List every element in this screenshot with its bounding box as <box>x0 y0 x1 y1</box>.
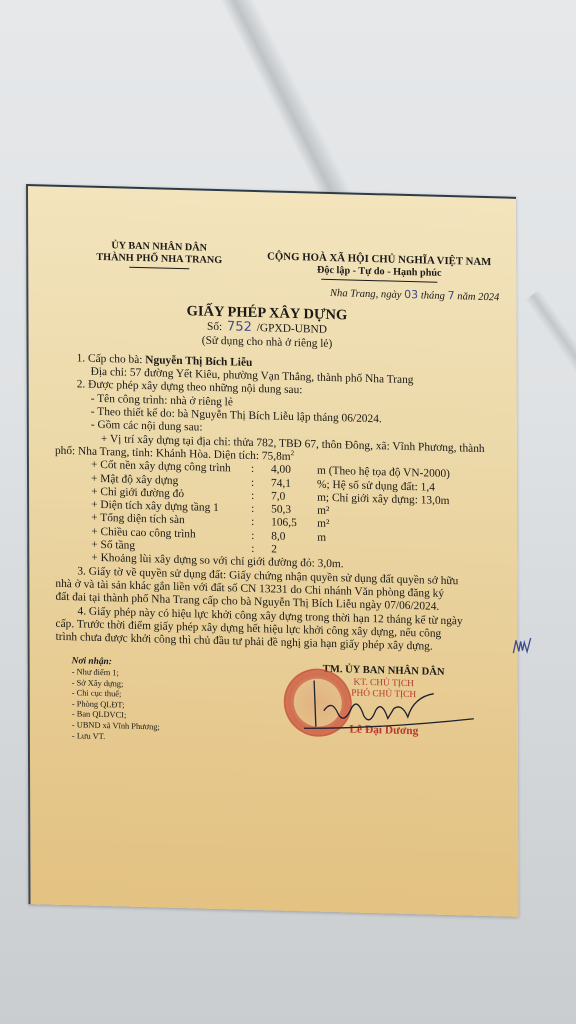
spec-value: 7,0 <box>271 490 317 505</box>
spec-value: 4,00 <box>271 464 317 479</box>
month-prefix: tháng <box>421 290 445 302</box>
place-date: Nha Trang, ngày 03 tháng 7 năm 2024 <box>84 280 509 305</box>
handwritten-initials-icon <box>511 635 533 658</box>
spec-colon: : <box>251 476 271 490</box>
spec-value: 8,0 <box>271 530 317 545</box>
spec-unit: m <box>317 531 326 545</box>
number-suffix: /GPXD-UBND <box>257 322 327 336</box>
spec-value: 106,5 <box>271 517 317 532</box>
owner-name: Nguyễn Thị Bích Liễu <box>145 354 252 369</box>
spec-unit: m² <box>317 518 329 532</box>
section-1-label: 1. Cấp cho bà: <box>77 352 143 366</box>
year-text: năm 2024 <box>457 291 499 303</box>
recipients-list: Nơi nhận: - Như điểm 1; - Sở Xây dựng; -… <box>72 657 272 747</box>
document-header: ỦY BAN NHÂN DÂN THÀNH PHỐ NHA TRANG CỘNG… <box>84 240 509 285</box>
signature-block: TM. ỦY BAN NHÂN DÂN KT. CHỦ TỊCH PHÓ CHỦ… <box>284 662 484 752</box>
document-footer: Nơi nhận: - Như điểm 1; - Sở Xây dựng; -… <box>72 657 511 753</box>
spec-colon: : <box>251 530 271 544</box>
surface-streak <box>525 290 576 399</box>
national-heading: CỘNG HOÀ XÃ HỘI CHỦ NGHĨA VIỆT NAM Độc l… <box>249 250 509 285</box>
title-block: GIẤY PHÉP XÂY DỰNG Số: 752 /GPXD-UBND (S… <box>24 300 509 355</box>
document-content: ỦY BAN NHÂN DÂN THÀNH PHỐ NHA TRANG CỘNG… <box>84 206 511 753</box>
spec-value: 50,3 <box>271 504 317 519</box>
signature-icon <box>304 681 484 746</box>
document-body: 1. Cấp cho bà: Nguyễn Thị Bích Liễu Địa … <box>77 352 511 656</box>
spec-colon: : <box>251 543 271 557</box>
spec-unit: m² <box>317 505 329 519</box>
spec-value: 2 <box>271 543 317 558</box>
handwritten-month: 7 <box>448 289 455 302</box>
building-permit-paper: ỦY BAN NHÂN DÂN THÀNH PHỐ NHA TRANG CỘNG… <box>26 184 519 917</box>
spec-value: 74,1 <box>271 477 317 492</box>
issuing-agency: ỦY BAN NHÂN DÂN THÀNH PHỐ NHA TRANG <box>84 240 234 278</box>
location-sup: 2 <box>291 449 295 457</box>
spec-colon: : <box>251 516 271 530</box>
number-prefix: Số: <box>207 321 222 333</box>
place-prefix: Nha Trang, ngày <box>330 288 402 301</box>
spec-colon: : <box>251 490 271 504</box>
spec-colon: : <box>251 503 271 517</box>
agency-underline <box>129 267 189 270</box>
handwritten-day: 03 <box>404 288 418 301</box>
handwritten-number: 752 <box>227 320 252 336</box>
spec-colon: : <box>251 463 271 477</box>
